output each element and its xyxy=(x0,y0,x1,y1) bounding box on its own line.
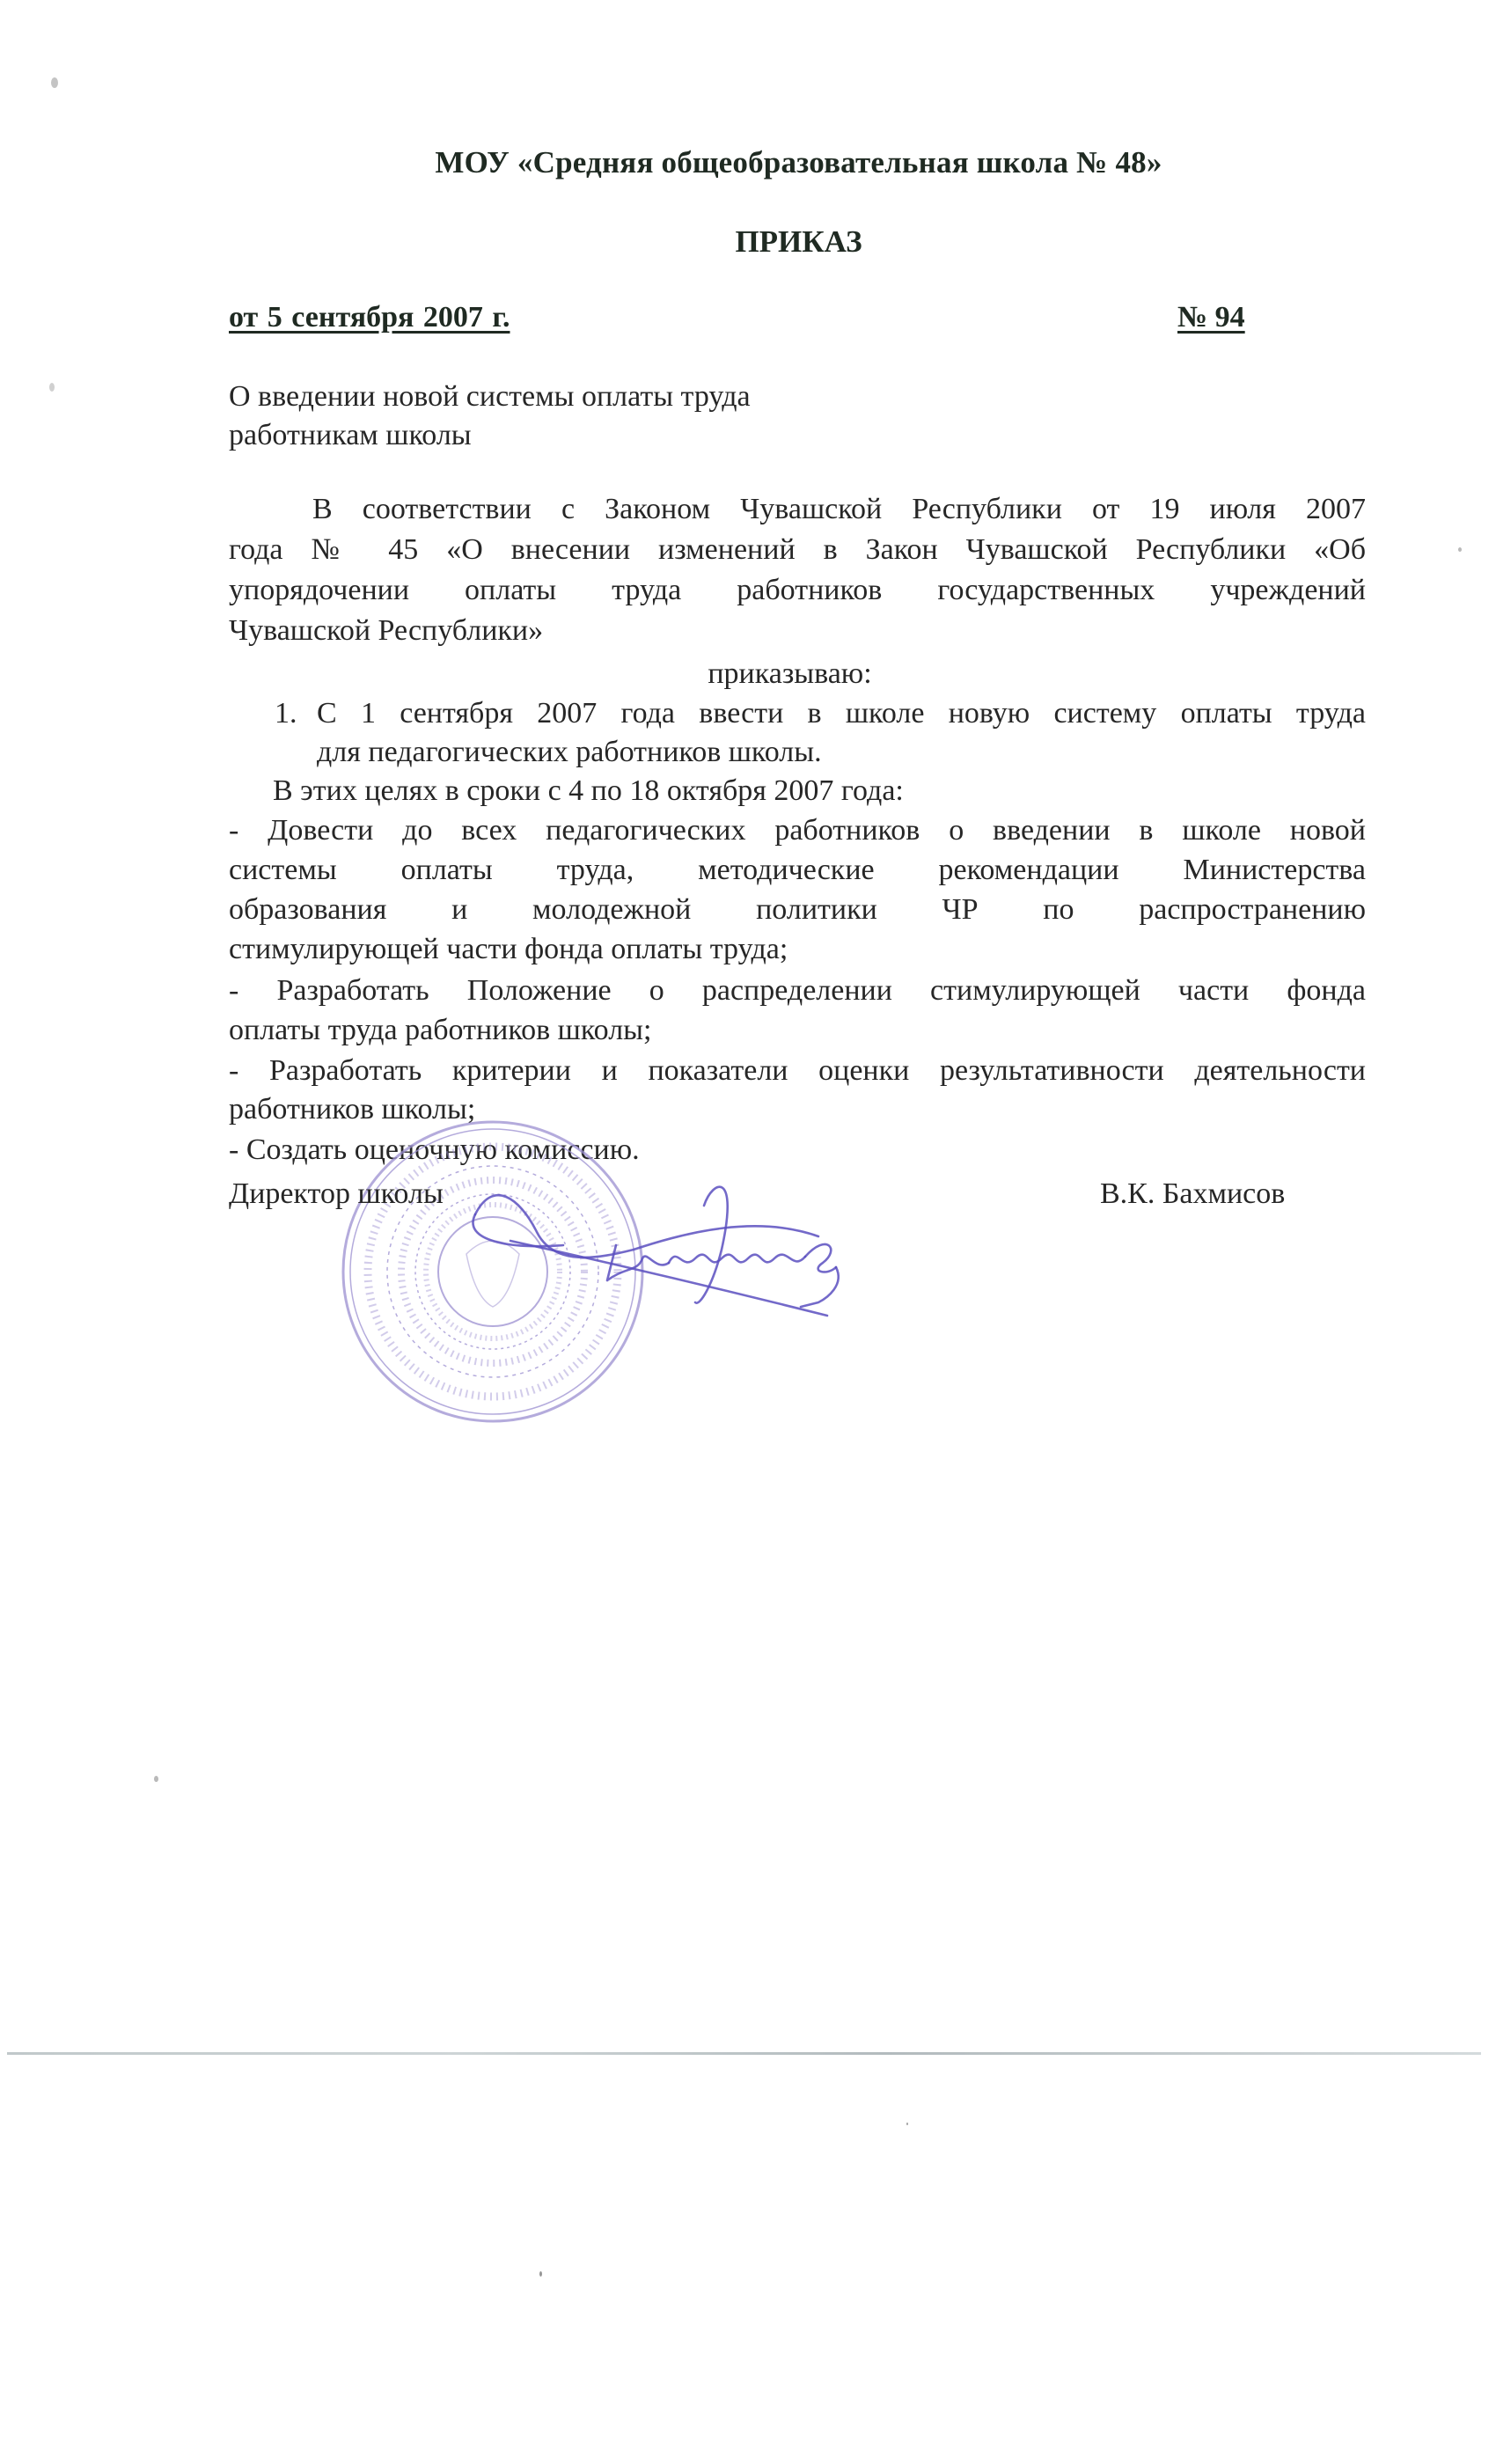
handwritten-signature-icon xyxy=(458,1162,950,1338)
subject-line-1: О введении новой системы оплаты труда xyxy=(229,380,751,414)
signature-position: Директор школы xyxy=(229,1177,444,1211)
scan-speck xyxy=(539,2271,542,2277)
preamble-line-2: года № 45 «О внесении изменений в Закон … xyxy=(229,533,1366,572)
task-2-line-1: - Разработать Положение о распределении … xyxy=(229,974,1366,1013)
scan-edge-line xyxy=(7,2052,1481,2055)
task-1-line-3: образования и молодежной политики ЧР по … xyxy=(229,893,1366,932)
document-type-heading: ПРИКАЗ xyxy=(0,224,1496,260)
item-1-line-2: для педагогических работников школы. xyxy=(317,736,822,769)
task-3-line-1: - Разработать критерии и показатели оцен… xyxy=(229,1054,1366,1093)
scan-speck xyxy=(906,2123,908,2125)
order-number: № 94 xyxy=(1177,301,1245,334)
order-date: от 5 сентября 2007 г. xyxy=(229,301,510,334)
subject-line-2: работникам школы xyxy=(229,419,472,452)
task-1-line-2: системы оплаты труда, методические реком… xyxy=(229,854,1366,892)
signatory-name: В.К. Бахмисов xyxy=(1100,1177,1285,1211)
scan-speck xyxy=(51,77,58,88)
organization-title: МОУ «Средняя общеобразовательная школа №… xyxy=(0,145,1496,180)
preamble-line-4: Чувашской Республики» xyxy=(229,614,543,648)
task-2-line-2: оплаты труда работников школы; xyxy=(229,1014,651,1047)
item-1-number: 1. xyxy=(275,697,297,730)
item-1-line-1: С 1 сентября 2007 года ввести в школе но… xyxy=(317,697,1366,736)
preamble-line-1: В соответствии с Законом Чувашской Респу… xyxy=(312,493,1366,532)
task-1-line-1: - Довести до всех педагогических работни… xyxy=(229,814,1366,853)
scan-speck xyxy=(154,1776,158,1782)
task-1-line-4: стимулирующей части фонда оплаты труда; xyxy=(229,933,788,966)
purpose-line: В этих целях в сроки с 4 по 18 октября 2… xyxy=(273,774,904,808)
preamble-line-3: упорядочении оплаты труда работников гос… xyxy=(229,574,1366,612)
scan-speck xyxy=(1458,547,1462,552)
order-word: приказываю: xyxy=(0,657,1496,691)
scan-speck xyxy=(49,383,55,392)
